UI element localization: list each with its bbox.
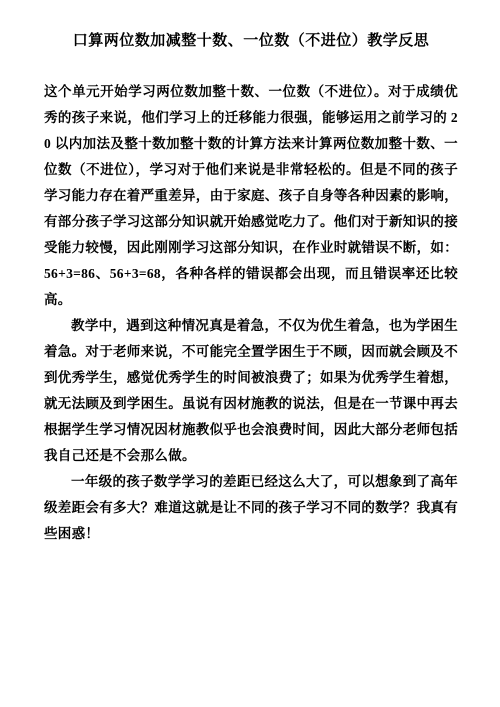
paragraph-3: 一年级的孩子数学学习的差距已经这么大了，可以想象到了高年级差距会有多大？难道这就… [44, 469, 458, 547]
paragraph-2: 教学中，遇到这种情况真是着急，不仅为优生着急，也为学困生着急。对于老师来说，不可… [44, 313, 458, 469]
page-title: 口算两位数加减整十数、一位数（不进位）教学反思 [44, 30, 458, 52]
document-page: 口算两位数加减整十数、一位数（不进位）教学反思 这个单元开始学习两位数加整十数、… [0, 0, 500, 707]
paragraph-1: 这个单元开始学习两位数加整十数、一位数（不进位）。对于成绩优秀的孩子来说，他们学… [44, 79, 458, 313]
document-body: 这个单元开始学习两位数加整十数、一位数（不进位）。对于成绩优秀的孩子来说，他们学… [44, 79, 458, 547]
